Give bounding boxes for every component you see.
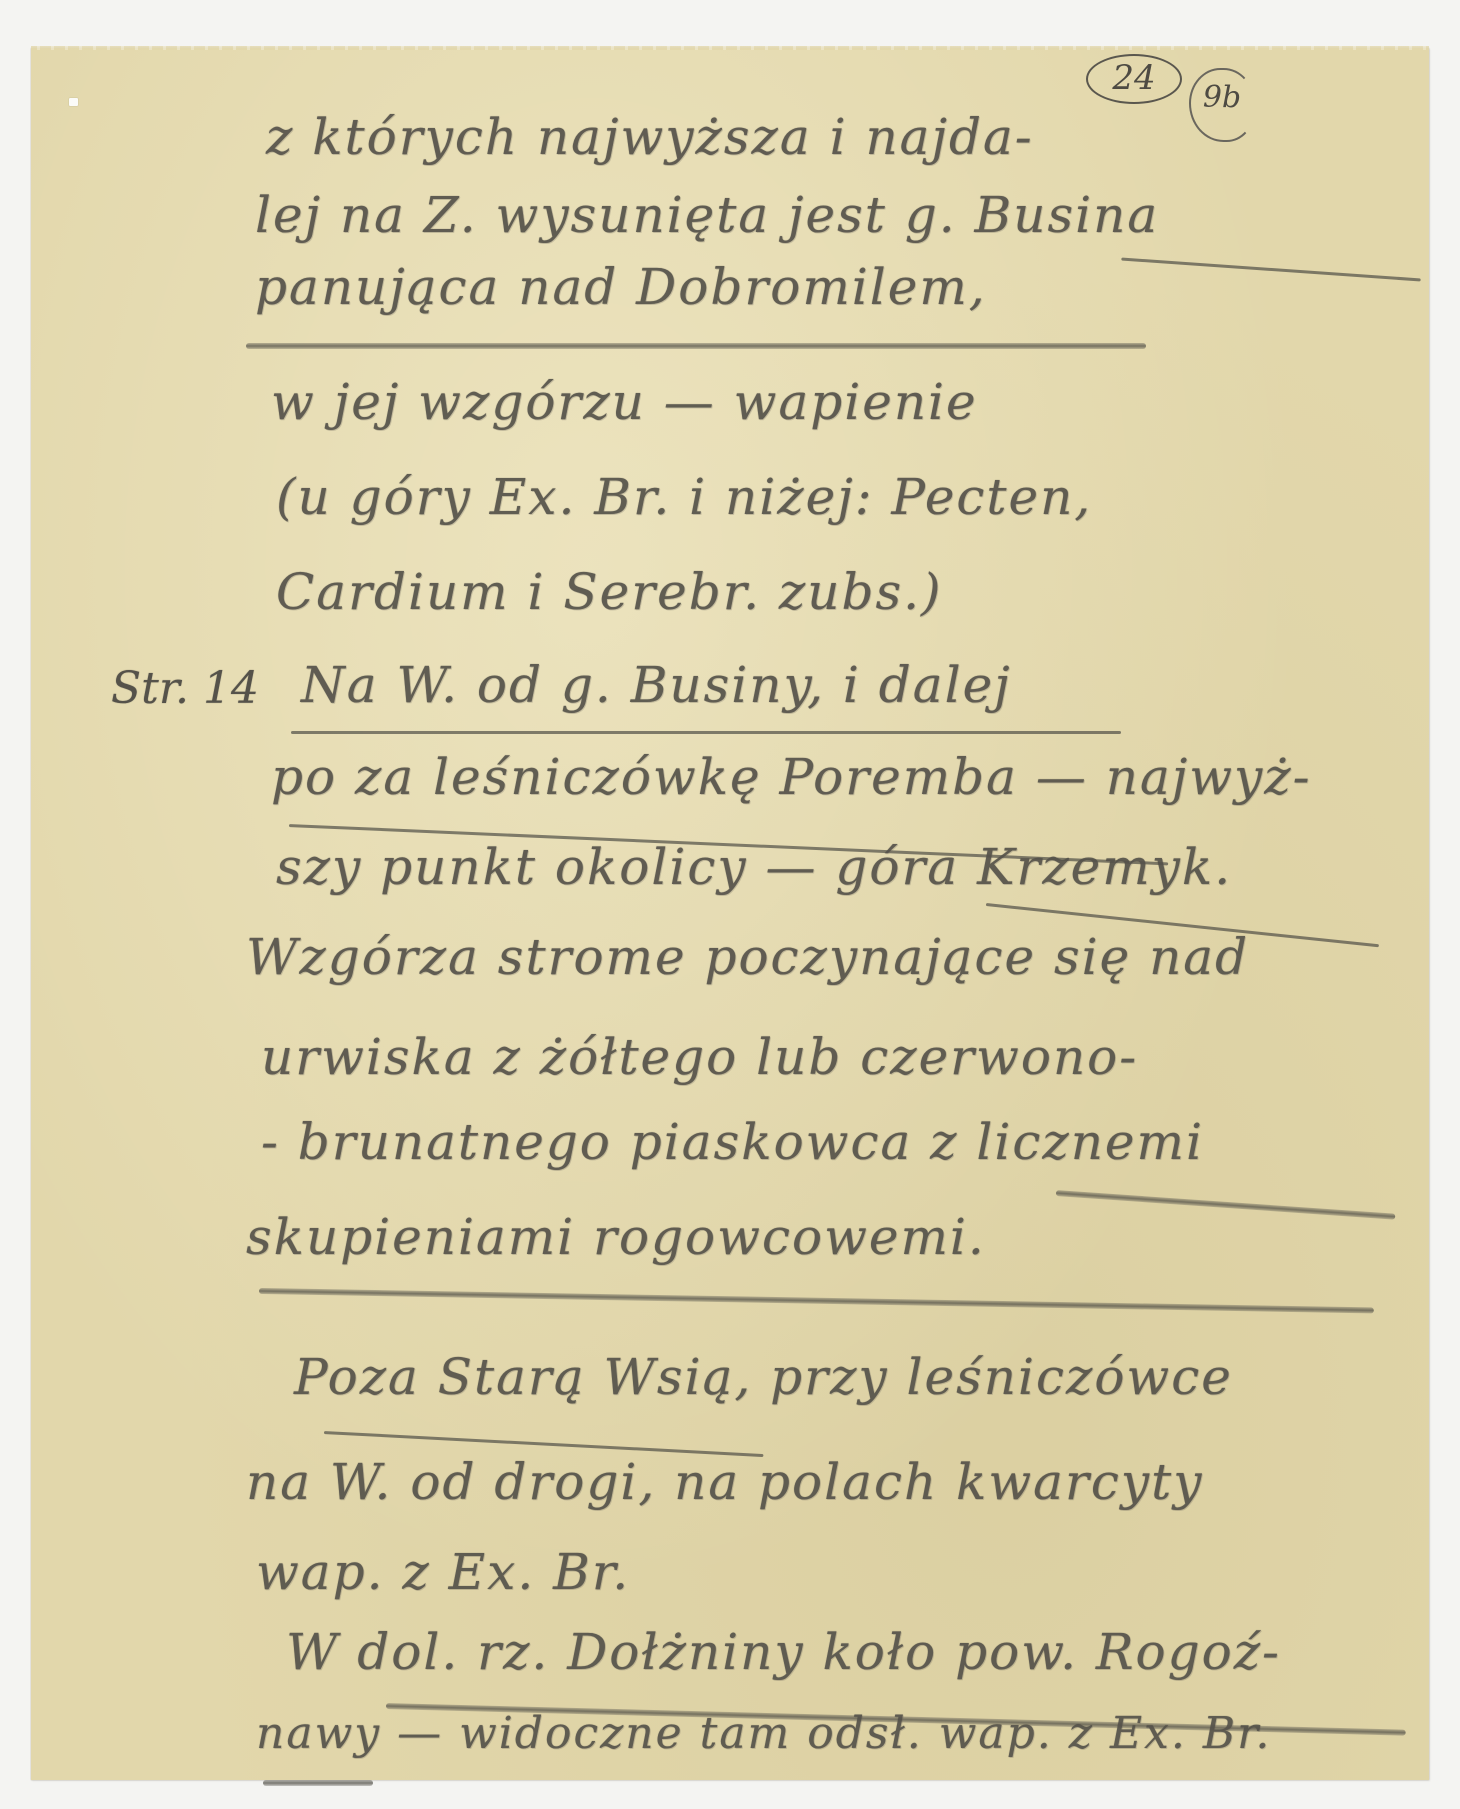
manuscript-line: po za leśniczówkę Poremba — najwyż- [271,748,1312,806]
manuscript-line: wap. z Ex. Br. [256,1543,630,1601]
manuscript-line: urwiska z żółtego lub czerwono- [261,1028,1138,1086]
manuscript-line: panująca nad Dobromilem, [255,258,987,316]
manuscript-line: w jej wzgórzu — wapienie [271,373,978,431]
manuscript-line: na W. od drogi, na polach kwarcyty [246,1453,1203,1511]
manuscript-line: (u góry Ex. Br. i niżej: Pecten, [276,468,1092,526]
manuscript-line: skupieniami rogowcowemi. [246,1208,986,1266]
underline [263,1780,373,1786]
underline [1056,1190,1396,1220]
manuscript-line: z których najwyższa i najda- [266,108,1034,166]
manuscript-line: Poza Starą Wsią, przy leśniczówce [294,1348,1233,1406]
folio-mark: 9b [1189,68,1255,142]
manuscript-line: - brunatnego piaskowca z licznemi [261,1113,1204,1171]
underline [246,343,1146,349]
punch-hole [69,98,78,106]
manuscript-line: Cardium i Serebr. zubs.) [276,563,943,621]
paper-deckled-edge [31,46,1429,50]
page-number-circled: 24 [1086,54,1182,104]
underline [259,1288,1374,1313]
manuscript-line: nawy — widoczne tam odsł. wap. z Ex. Br. [256,1708,1271,1759]
underline [291,731,1121,734]
manuscript-line: W dol. rz. Dołżniny koło pow. Rogoź- [286,1623,1281,1681]
manuscript-line: Wzgórza strome poczynające się nad [246,928,1249,986]
manuscript-page: 24 9b z których najwyższa i najda- lej n… [31,48,1429,1780]
manuscript-line: lej na Z. wysunięta jest g. Busina [255,186,1159,244]
margin-reference: Str. 14 [111,663,259,714]
manuscript-line: szy punkt okolicy — góra Krzemyk. [276,838,1232,896]
underline [1121,258,1420,282]
manuscript-line: Na W. od g. Businy, i dalej [301,656,1012,714]
